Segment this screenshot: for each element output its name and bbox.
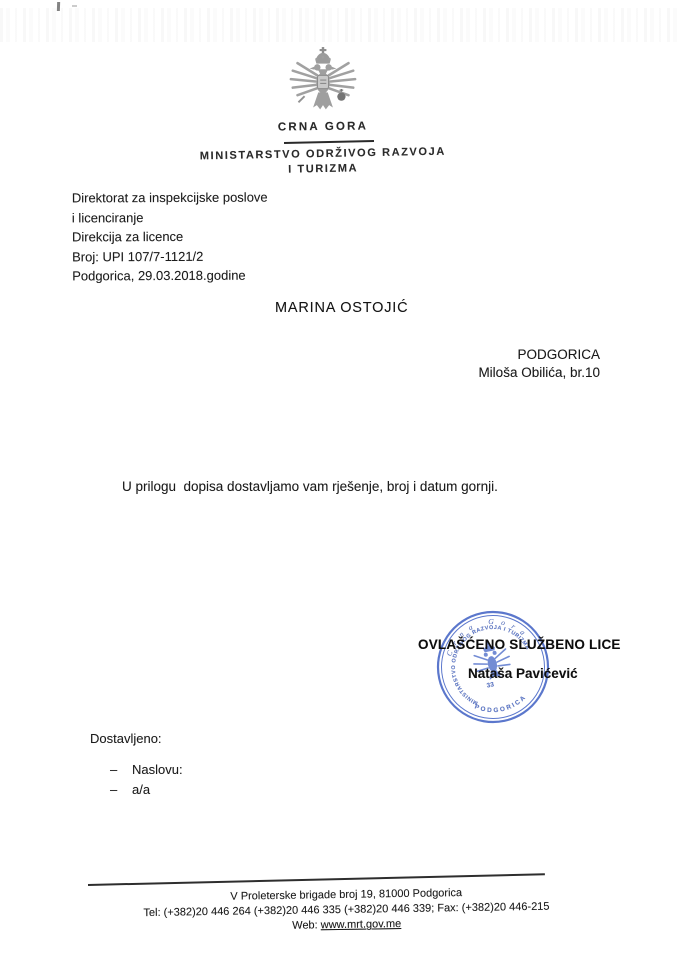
sender-direction: Direkcija za licence (72, 227, 268, 247)
footer-web-label: Web: (292, 920, 321, 932)
distribution-item: – a/a (90, 780, 183, 800)
signature-title: OVLAŠĆENO SLUŽBENO LICE (418, 637, 621, 652)
signature-name: Nataša Pavićević (468, 666, 578, 681)
dash-marker: – (110, 780, 132, 800)
ministry-name: MINISTARSTVO ODRŽIVOG RAZVOJA I TURIZMA (173, 144, 474, 179)
scanned-letter-page: CRNA GORA MINISTARSTVO ODRŽIVOG RAZVOJA … (0, 0, 679, 960)
stamp-center-number: 33 (486, 681, 495, 689)
body-paragraph: U prilogu dopisa dostavljamo vam rješenj… (122, 479, 498, 494)
letterhead-divider (284, 140, 374, 144)
sender-directorate: Direktorat za inspekcijske poslove (72, 188, 268, 208)
distribution-label: Dostavljeno: (90, 731, 183, 746)
recipient-name: MARINA OSTOJIĆ (275, 300, 408, 316)
distribution-block: Dostavljeno: – Naslovu: – a/a (90, 731, 183, 800)
website-link[interactable]: www.mrt.gov.me (321, 918, 402, 931)
sender-directorate-2: i licenciranje (72, 207, 268, 227)
scan-mark (57, 2, 60, 11)
scan-mark-small (72, 5, 77, 7)
distribution-item-label: Naslovu: (132, 760, 183, 780)
recipient-street: Miloša Obilića, br.10 (410, 364, 600, 382)
place-and-date: Podgorica, 29.03.2018.godine (72, 266, 268, 286)
scan-artifact-band (0, 8, 679, 42)
distribution-item: – Naslovu: (90, 760, 183, 780)
montenegro-coat-of-arms-icon (289, 45, 357, 119)
recipient-address-block: PODGORICA Miloša Obilića, br.10 (410, 346, 600, 382)
dash-marker: – (110, 760, 132, 780)
sender-block: Direktorat za inspekcijske poslove i lic… (72, 188, 268, 286)
case-number: Broj: UPI 107/7-1121/2 (72, 246, 268, 266)
footer-block: V Proleterske brigade broj 19, 81000 Pod… (0, 883, 679, 939)
footer-divider (88, 873, 545, 885)
country-name: CRNA GORA (253, 120, 393, 133)
recipient-city: PODGORICA (410, 346, 600, 364)
distribution-item-label: a/a (132, 780, 150, 800)
